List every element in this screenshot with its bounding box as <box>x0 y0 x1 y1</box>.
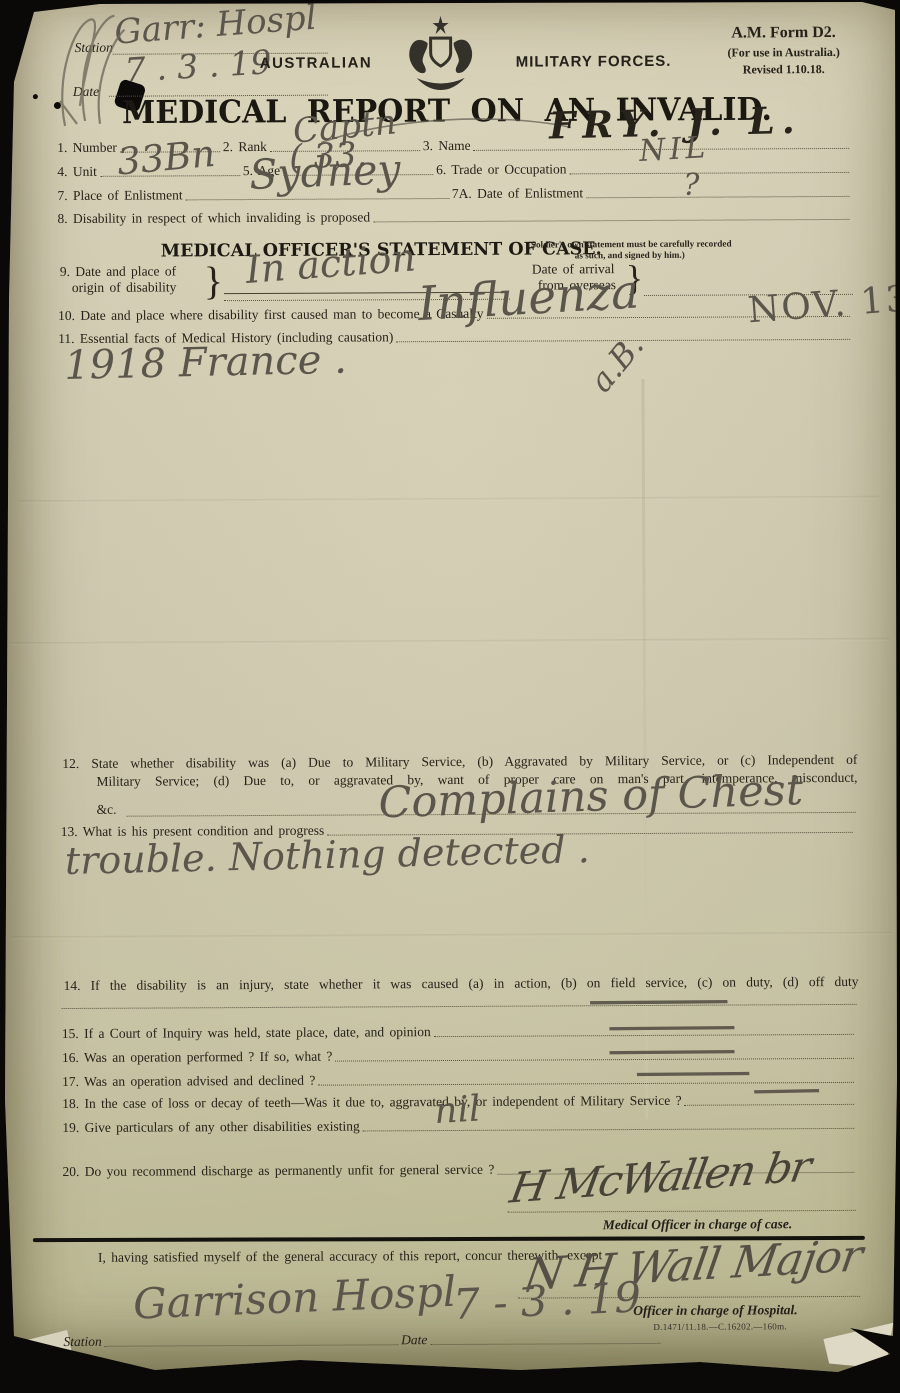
footer-date-label: Date <box>401 1332 427 1348</box>
item17-pencil-dash: — <box>629 1058 757 1087</box>
paper-crease <box>19 496 879 504</box>
medical-officer-caption: Medical Officer in charge of case. <box>603 1216 793 1233</box>
item9-brace: } <box>204 257 223 304</box>
trade-line <box>570 172 850 174</box>
item15-label: 15. If a Court of Inquiry was held, stat… <box>62 1024 431 1042</box>
unit-label: 4. Unit <box>57 164 97 180</box>
footer-station-handwritten: Garrison Hospl <box>132 1271 457 1326</box>
field-row-4: 8. Disability in respect of which invali… <box>57 207 852 227</box>
medical-officer-signature: H McWallen br <box>507 1146 813 1210</box>
corps-left-label: AUSTRALIAN <box>260 54 373 72</box>
item12-etc-label: &c. <box>97 802 117 818</box>
item19-label: 19. Give particulars of any other disabi… <box>62 1118 360 1136</box>
place-enlistment-label: 7. Place of Enlistment <box>57 187 182 204</box>
item9-handwritten-value: In action <box>244 238 417 289</box>
australian-coat-of-arms <box>398 14 482 98</box>
print-code: D.1471/11.18.—C.16202.—160m. <box>653 1321 787 1332</box>
date-enlistment-line <box>586 196 849 198</box>
item18-pencil-dash: — <box>749 1075 824 1104</box>
footer-date-handwritten: 7 - 3 . 19 <box>452 1276 641 1326</box>
footer-station-line <box>105 1344 398 1347</box>
form-code: A.M. Form D2. <box>689 24 879 43</box>
paper-crease <box>11 932 891 940</box>
item13-handwritten-line1: Complains of Chest <box>378 769 804 825</box>
trade-label: 6. Trade or Occupation <box>436 161 567 178</box>
disability-label: 8. Disability in respect of which invali… <box>57 209 370 227</box>
item9-label-line2: origin of disability <box>60 279 177 296</box>
trade-handwritten-value: NIL <box>638 133 710 167</box>
field-row-3: 7. Place of Enlistment 7A. Date of Enlis… <box>57 184 852 204</box>
place-enlistment-handwritten-value: Sydney <box>248 149 401 196</box>
footer-station-label: Station <box>63 1334 101 1350</box>
item14-label: 14. If the disability is an injury, stat… <box>64 974 859 994</box>
scanned-form-paper: Station Garr: Hospl Date 7 . 3 . 19 AUST… <box>0 0 900 1376</box>
item18-label: 18. In the case of loss or decay of teet… <box>62 1093 682 1112</box>
form-revision: Revised 1.10.18. <box>689 62 879 78</box>
date-enlistment-label: 7A. Date of Enlistment <box>452 185 583 202</box>
item11-handwritten-main: Influenza <box>417 268 641 328</box>
footer-row: Station Date <box>63 1331 663 1350</box>
form-use-note: (For use in Australia.) <box>689 45 879 61</box>
statement-note-line1: (Soldier's own statement must be careful… <box>506 238 754 250</box>
item11-handwritten-date: NOV. 13 <box>747 281 900 329</box>
item17-label: 17. Was an operation advised and decline… <box>62 1073 315 1090</box>
footer-date-line <box>430 1343 660 1345</box>
item16-label: 16. Was an operation performed ? If so, … <box>62 1049 333 1066</box>
paper-crease <box>10 638 890 646</box>
item9-label: 9. Date and place of origin of disabilit… <box>60 263 177 296</box>
item19-handwritten-value: nil <box>433 1091 481 1130</box>
item11-handwritten-line2: 1918 France . <box>64 340 347 386</box>
item13-handwritten-line2: trouble. Nothing detected . <box>64 830 590 880</box>
place-enlistment-line <box>186 198 449 200</box>
item9-label-line1: 9. Date and place of <box>60 263 177 280</box>
medical-officer-signature-line <box>508 1210 856 1213</box>
corps-right-label: MILITARY FORCES. <box>516 53 672 71</box>
torn-flap <box>823 1323 893 1369</box>
date-enlistment-handwritten-value: ? <box>683 171 699 201</box>
number-label: 1. Number <box>57 140 117 156</box>
hospital-officer-caption: Officer in charge of Hospital. <box>633 1302 797 1319</box>
form-content: Station Garr: Hospl Date 7 . 3 . 19 AUST… <box>0 0 900 1378</box>
unit-handwritten-value: 33Bn <box>116 135 217 181</box>
form-id-block: A.M. Form D2. (For use in Australia.) Re… <box>689 24 879 78</box>
item16-line <box>335 1058 854 1062</box>
disability-line <box>373 219 849 222</box>
item20-label: 20. Do you recommend discharge as perman… <box>62 1162 494 1180</box>
